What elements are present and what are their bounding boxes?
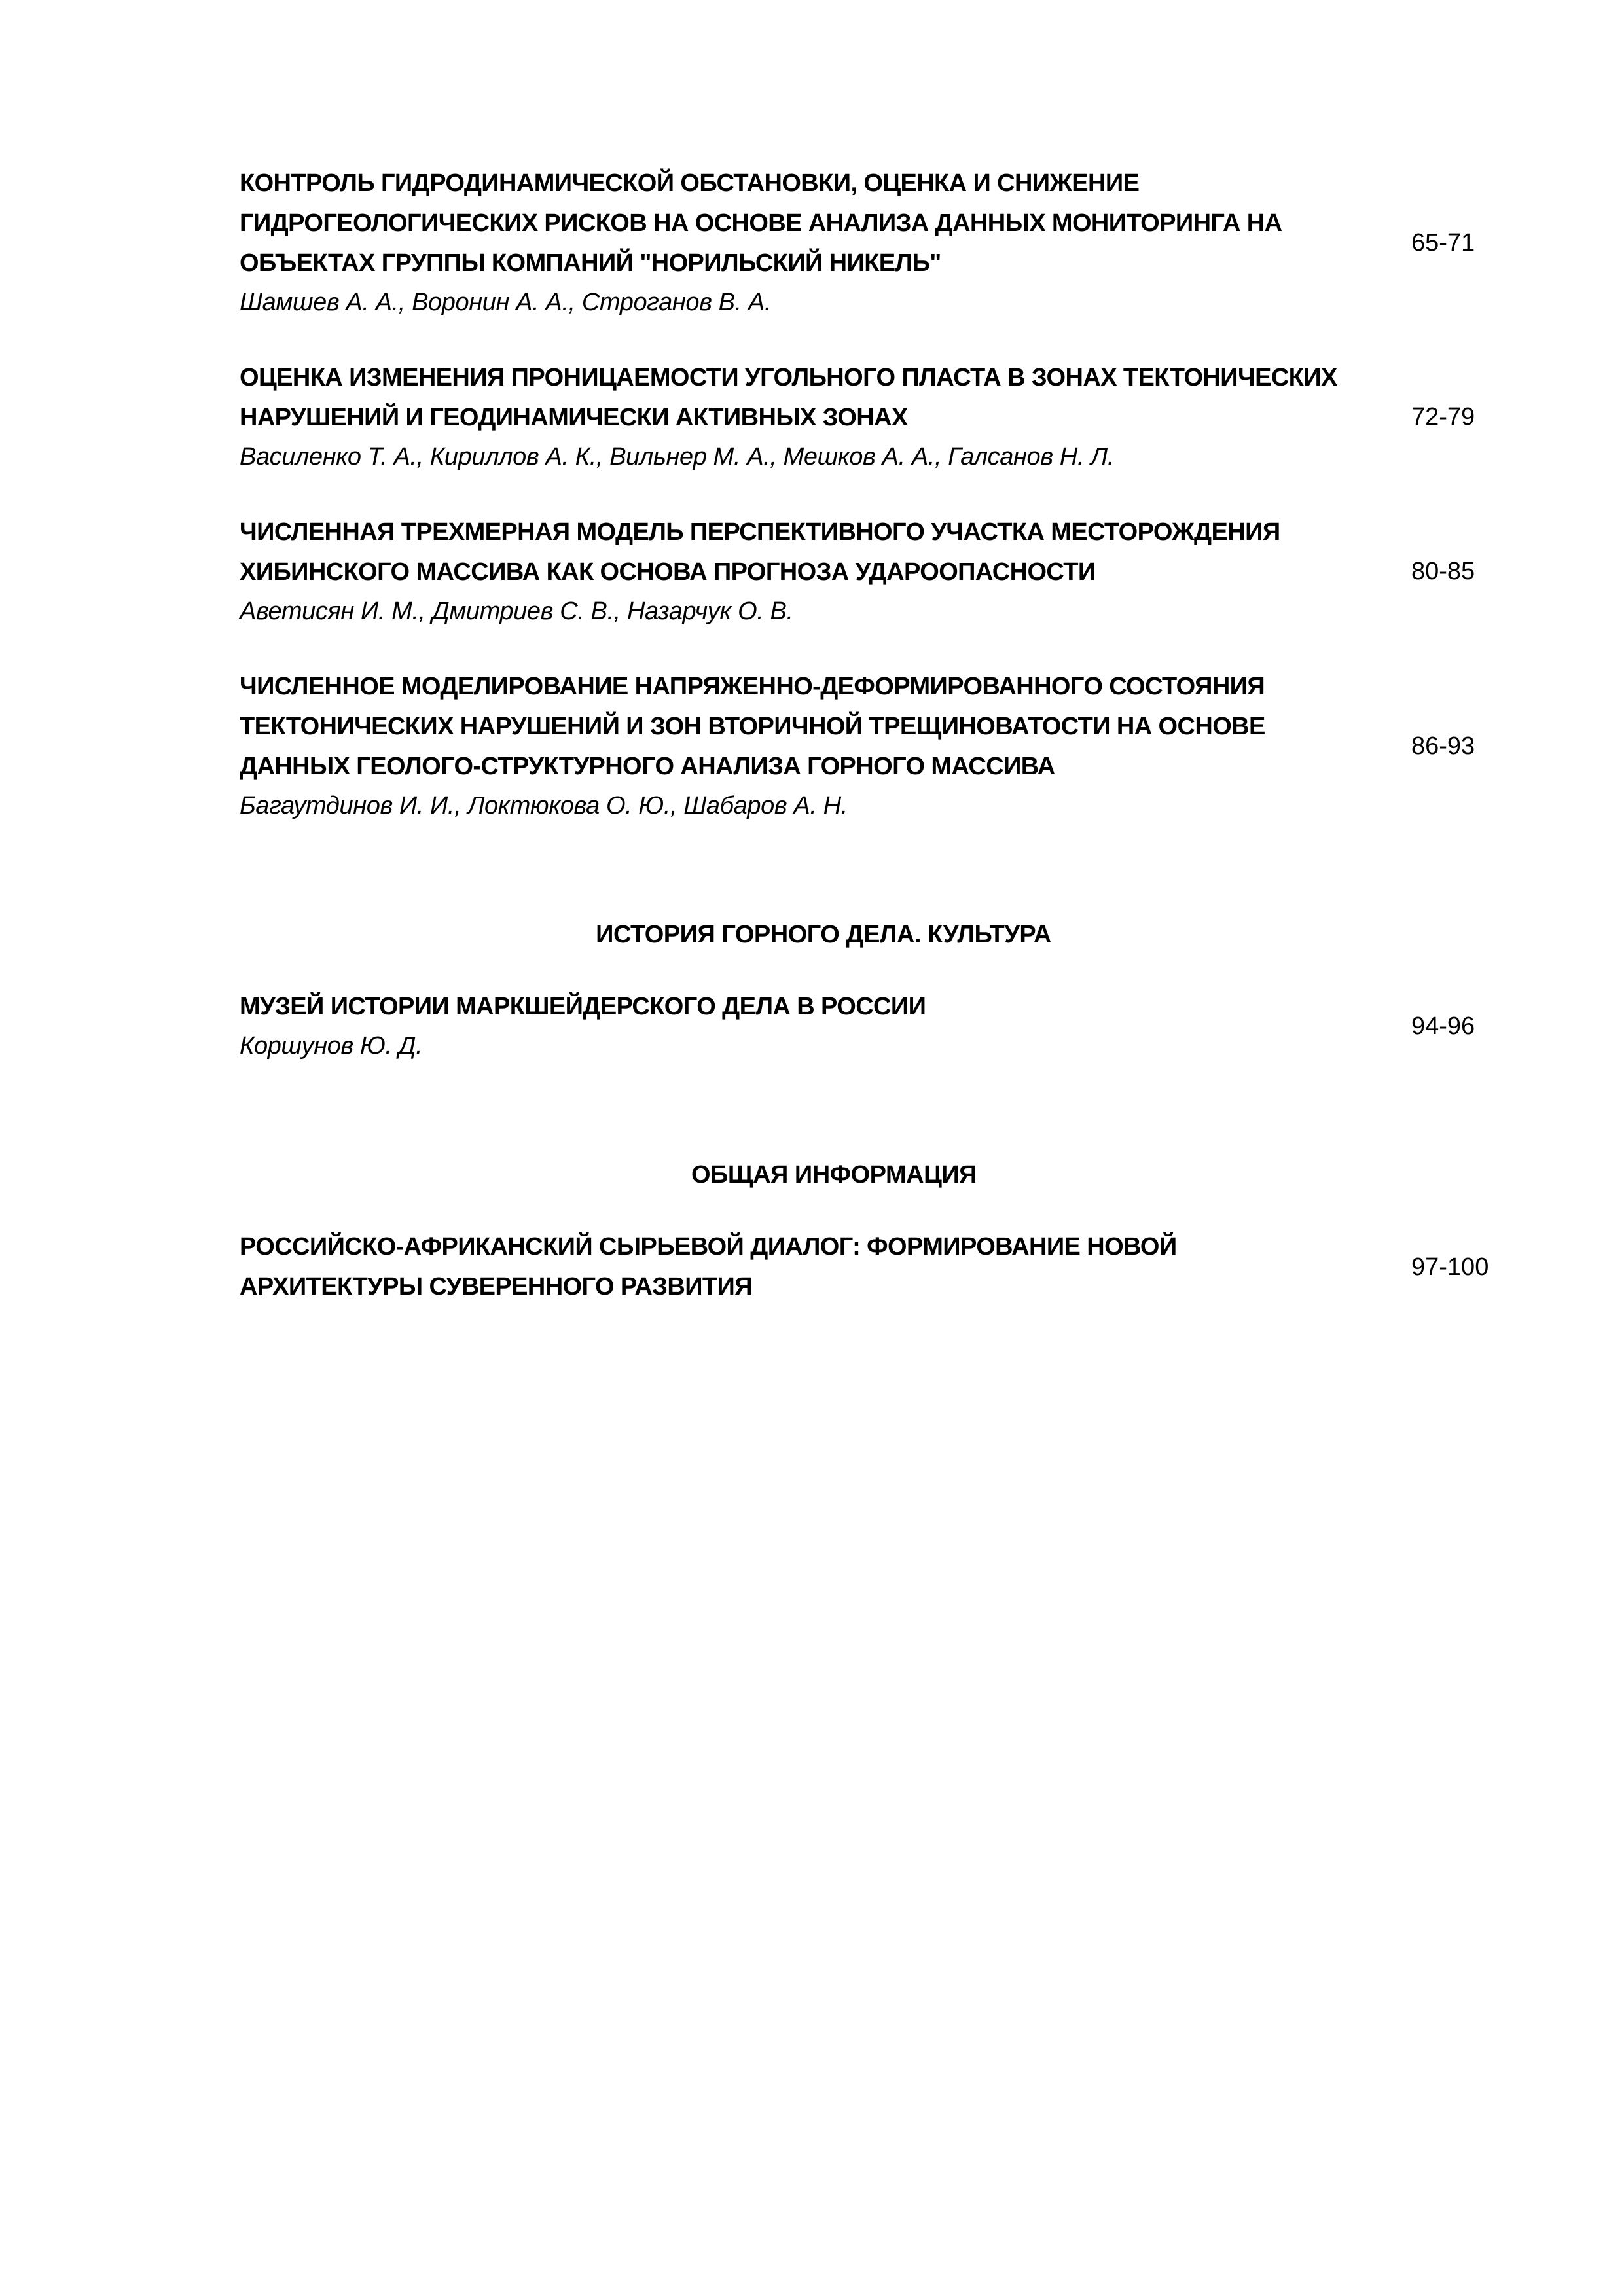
page-range[interactable]: 94-96 [1411,1010,1475,1043]
article-title[interactable]: КОНТРОЛЬ ГИДРОДИНАМИЧЕСКОЙ ОБСТАНОВКИ, О… [240,164,1405,283]
page-range[interactable]: 65-71 [1411,226,1475,259]
page-range[interactable]: 80-85 [1411,555,1475,588]
toc-entry[interactable]: ЧИСЛЕННОЕ МОДЕЛИРОВАНИЕ НАПРЯЖЕННО-ДЕФОР… [240,667,1523,825]
spacer [240,1193,1523,1227]
toc-entry[interactable]: МУЗЕЙ ИСТОРИИ МАРКШЕЙДЕРСКОГО ДЕЛА В РОС… [240,987,1523,1065]
article-title[interactable]: МУЗЕЙ ИСТОРИИ МАРКШЕЙДЕРСКОГО ДЕЛА В РОС… [240,987,1405,1027]
toc-entry-text: МУЗЕЙ ИСТОРИИ МАРКШЕЙДЕРСКОГО ДЕЛА В РОС… [240,987,1405,1065]
toc-entry[interactable]: ОЦЕНКА ИЗМЕНЕНИЯ ПРОНИЦАЕМОСТИ УГОЛЬНОГО… [240,358,1523,476]
spacer [240,953,1523,987]
article-authors: Аветисян И. М., Дмитриев С. В., Назарчук… [240,592,1405,630]
article-title[interactable]: ОЦЕНКА ИЗМЕНЕНИЯ ПРОНИЦАЕМОСТИ УГОЛЬНОГО… [240,358,1405,438]
toc-entry[interactable]: РОССИЙСКО-АФРИКАНСКИЙ СЫРЬЕВОЙ ДИАЛОГ: Ф… [240,1227,1523,1307]
article-title[interactable]: ЧИСЛЕННАЯ ТРЕХМЕРНАЯ МОДЕЛЬ ПЕРСПЕКТИВНО… [240,512,1405,592]
section-heading: ОБЩАЯ ИНФОРМАЦИЯ [192,1157,1475,1193]
toc-entry-text: РОССИЙСКО-АФРИКАНСКИЙ СЫРЬЕВОЙ ДИАЛОГ: Ф… [240,1227,1405,1307]
article-authors: Шамшев А. А., Воронин А. А., Строганов В… [240,283,1405,321]
toc-entry[interactable]: ЧИСЛЕННАЯ ТРЕХМЕРНАЯ МОДЕЛЬ ПЕРСПЕКТИВНО… [240,512,1523,630]
toc-entry[interactable]: КОНТРОЛЬ ГИДРОДИНАМИЧЕСКОЙ ОБСТАНОВКИ, О… [240,164,1523,321]
toc-entry-text: КОНТРОЛЬ ГИДРОДИНАМИЧЕСКОЙ ОБСТАНОВКИ, О… [240,164,1405,321]
article-authors: Коршунов Ю. Д. [240,1027,1405,1065]
page-range[interactable]: 72-79 [1411,401,1475,433]
table-of-contents: КОНТРОЛЬ ГИДРОДИНАМИЧЕСКОЙ ОБСТАНОВКИ, О… [240,164,1523,1344]
toc-entry-text: ОЦЕНКА ИЗМЕНЕНИЯ ПРОНИЦАЕМОСТИ УГОЛЬНОГО… [240,358,1405,476]
document-page: КОНТРОЛЬ ГИДРОДИНАМИЧЕСКОЙ ОБСТАНОВКИ, О… [0,0,1624,2296]
article-authors: Василенко Т. А., Кириллов А. К., Вильнер… [240,438,1405,476]
article-title[interactable]: РОССИЙСКО-АФРИКАНСКИЙ СЫРЬЕВОЙ ДИАЛОГ: Ф… [240,1227,1405,1307]
spacer [240,861,1523,916]
page-range[interactable]: 86-93 [1411,730,1475,762]
spacer [240,1102,1523,1157]
page-range[interactable]: 97-100 [1411,1251,1489,1283]
article-title[interactable]: ЧИСЛЕННОЕ МОДЕЛИРОВАНИЕ НАПРЯЖЕННО-ДЕФОР… [240,667,1405,787]
section-heading: ИСТОРИЯ ГОРНОГО ДЕЛА. КУЛЬТУРА [182,916,1465,953]
article-authors: Багаутдинов И. И., Локтюкова О. Ю., Шаба… [240,787,1405,825]
toc-entry-text: ЧИСЛЕННАЯ ТРЕХМЕРНАЯ МОДЕЛЬ ПЕРСПЕКТИВНО… [240,512,1405,630]
toc-entry-text: ЧИСЛЕННОЕ МОДЕЛИРОВАНИЕ НАПРЯЖЕННО-ДЕФОР… [240,667,1405,825]
